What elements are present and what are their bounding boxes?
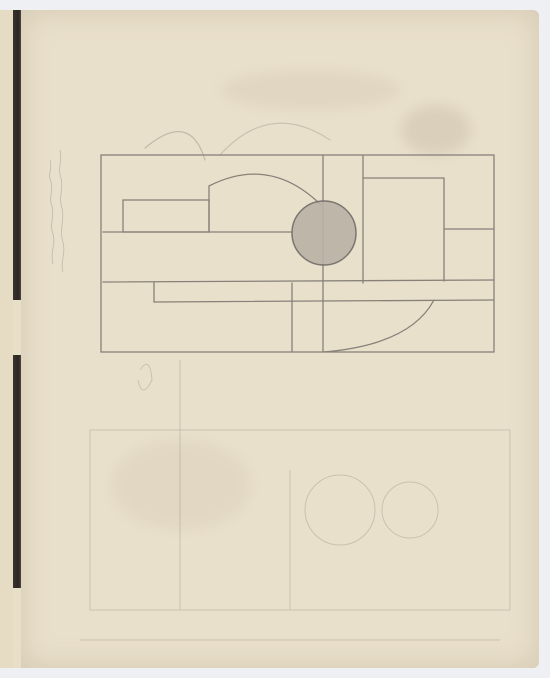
- pencil-drawing: [0, 0, 550, 678]
- shaded-circle: [292, 201, 356, 265]
